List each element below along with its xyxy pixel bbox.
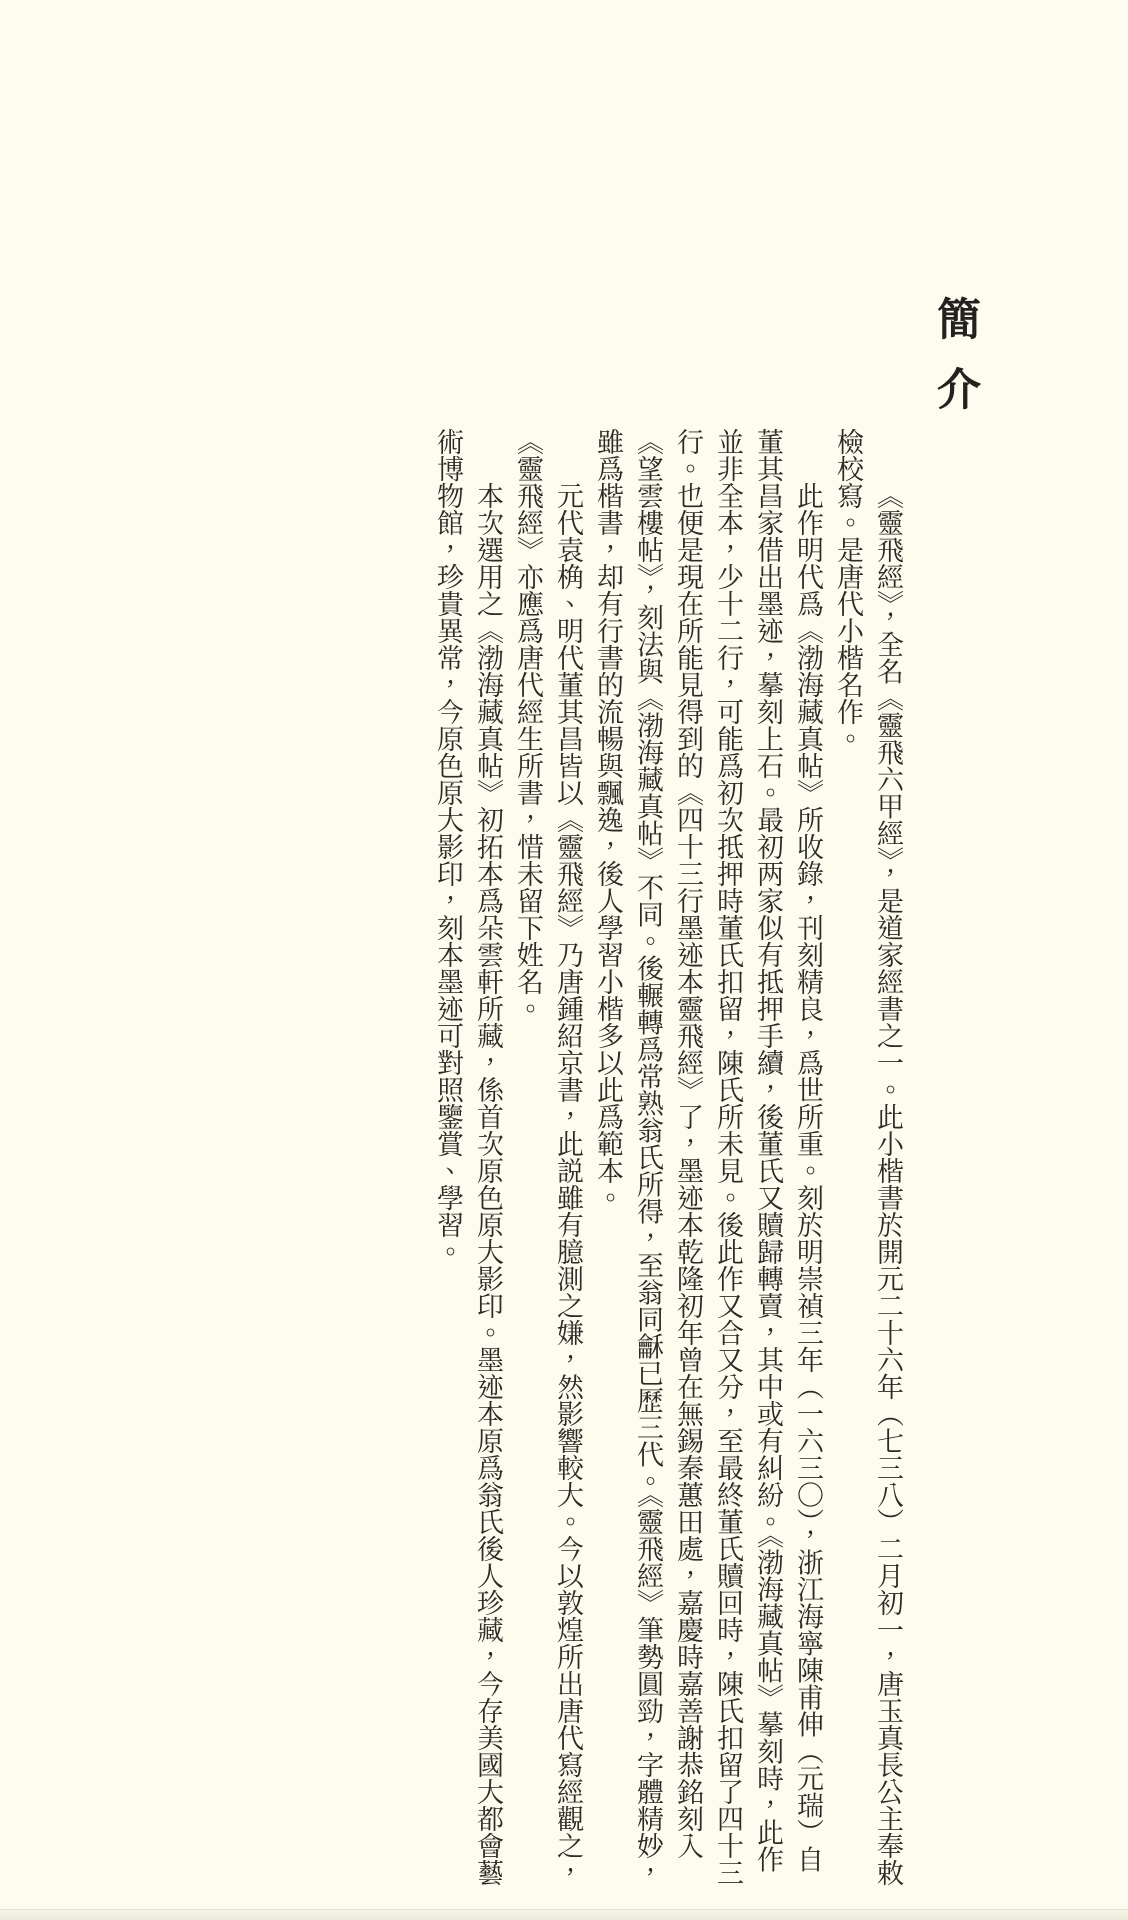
page-title: 簡介 (922, 296, 986, 436)
page-bottom-scan-edge (0, 1909, 1128, 1920)
book-page: 簡介 《靈飛經》，全名《靈飛六甲經》，是道家經書之一。此小楷書於開元二十六年（七… (0, 0, 1128, 1920)
intro-text-block: 《靈飛經》，全名《靈飛六甲經》，是道家經書之一。此小楷書於開元二十六年（七三八）… (428, 428, 908, 1890)
intro-paragraph-2: 此作明代爲《渤海藏真帖》所收錄，刊刻精良，爲世所重。刻於明崇禎三年（一六三〇），… (588, 428, 828, 1890)
intro-paragraph-3: 元代袁桷、明代董其昌皆以《靈飛經》乃唐鍾紹京書，此説雖有臆測之嫌，然影響較大。今… (508, 428, 588, 1890)
intro-paragraph-4: 本次選用之《渤海藏真帖》初拓本爲朵雲軒所藏，係首次原色原大影印。墨迹本原爲翁氏後… (428, 428, 508, 1890)
intro-paragraph-1: 《靈飛經》，全名《靈飛六甲經》，是道家經書之一。此小楷書於開元二十六年（七三八）… (828, 428, 908, 1890)
